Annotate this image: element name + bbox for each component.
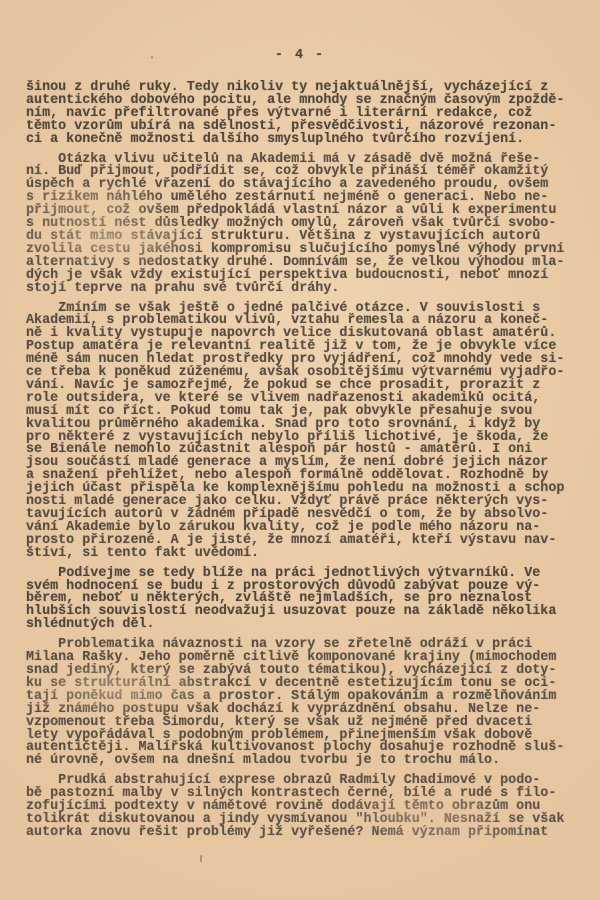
paragraph-1: šinou z druhé ruky. Tedy nikoliv ty neja… (26, 82, 594, 147)
page-number: - 4 - (0, 49, 600, 62)
stray-mark (151, 56, 153, 59)
paragraph-2: Otázka vlivu učitelů na Akademii má v zá… (26, 154, 594, 296)
paragraph-3: Zmíním se však ještě o jedné palčivé otá… (26, 303, 594, 561)
paragraph-6: Prudká abstrahující exprese obrazů Radmi… (26, 775, 594, 840)
stray-mark (200, 855, 202, 862)
paragraph-5: Problematika návaznosti na vzory se zřet… (26, 639, 594, 768)
document-body: šinou z druhé ruky. Tedy nikoliv ty neja… (26, 82, 594, 847)
scanned-typewritten-page: - 4 - šinou z druhé ruky. Tedy nikoliv t… (0, 0, 600, 900)
paragraph-4: Podívejme se tedy blíže na práci jednotl… (26, 568, 594, 633)
